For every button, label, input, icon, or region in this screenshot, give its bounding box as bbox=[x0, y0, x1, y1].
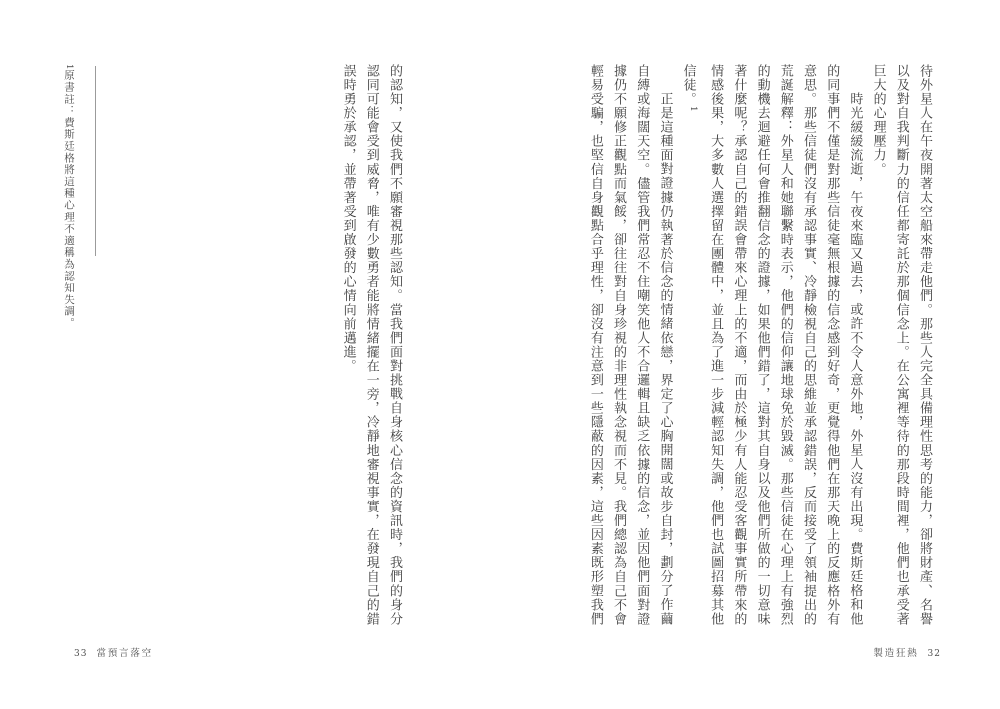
left-page-text: 的認知，又使我們不願審視那些認知。當我們面對挑戰自身核心信念的資訊時，我們的身分… bbox=[336, 64, 406, 627]
paragraph: 正是這種面對證據仍執著於信念的情緒依戀，界定了心胸開闊或故步自封，劃分了作繭自縛… bbox=[584, 64, 677, 627]
left-page-footer: 33當預言落空 bbox=[74, 645, 153, 659]
right-page-text: 待外星人在午夜開著太空船來帶走他們。那些人完全具備理性思考的能力，卻將財產、名譽… bbox=[584, 64, 936, 627]
footnote: 1原書註：費斯廷格將這種心理不適稱為認知失調。 bbox=[61, 64, 76, 394]
paragraph: 待外星人在午夜開著太空船來帶走他們。那些人完全具備理性思考的能力，卻將財產、名譽… bbox=[866, 64, 936, 627]
paragraph-text: 待外星人在午夜開著太空船來帶走他們。那些人完全具備理性思考的能力，卻將財產、名譽… bbox=[871, 64, 932, 626]
chapter-title: 當預言落空 bbox=[96, 648, 153, 659]
book-title: 製造狂熱 bbox=[873, 648, 918, 659]
paragraph: 時光緩緩流逝，午夜來臨又過去，或許不令人意外地，外星人沒有出現。費斯廷格和他的同… bbox=[676, 64, 866, 627]
footnote-rule-divider bbox=[95, 66, 96, 256]
paragraph-text: 正是這種面對證據仍執著於信念的情緒依戀，界定了心胸開闊或故步自封，劃分了作繭自縛… bbox=[588, 64, 673, 626]
page-number: 32 bbox=[928, 649, 941, 659]
right-page-footer: 製造狂熱32 bbox=[873, 645, 941, 659]
paragraph-text: 時光緩緩流逝，午夜來臨又過去，或許不令人意外地，外星人沒有出現。費斯廷格和他的同… bbox=[681, 64, 863, 626]
book-spread: 待外星人在午夜開著太空船來帶走他們。那些人完全具備理性思考的能力，卻將財產、名譽… bbox=[0, 0, 1000, 709]
page-number: 33 bbox=[74, 649, 87, 659]
paragraph: 的認知，又使我們不願審視那些認知。當我們面對挑戰自身核心信念的資訊時，我們的身分… bbox=[336, 64, 406, 627]
paragraph-text: 的認知，又使我們不願審視那些認知。當我們面對挑戰自身核心信念的資訊時，我們的身分… bbox=[341, 64, 402, 626]
footnote-reference: 1 bbox=[688, 106, 698, 111]
footnote-text: 原書註：費斯廷格將這種心理不適稱為認知失調。 bbox=[63, 69, 75, 329]
